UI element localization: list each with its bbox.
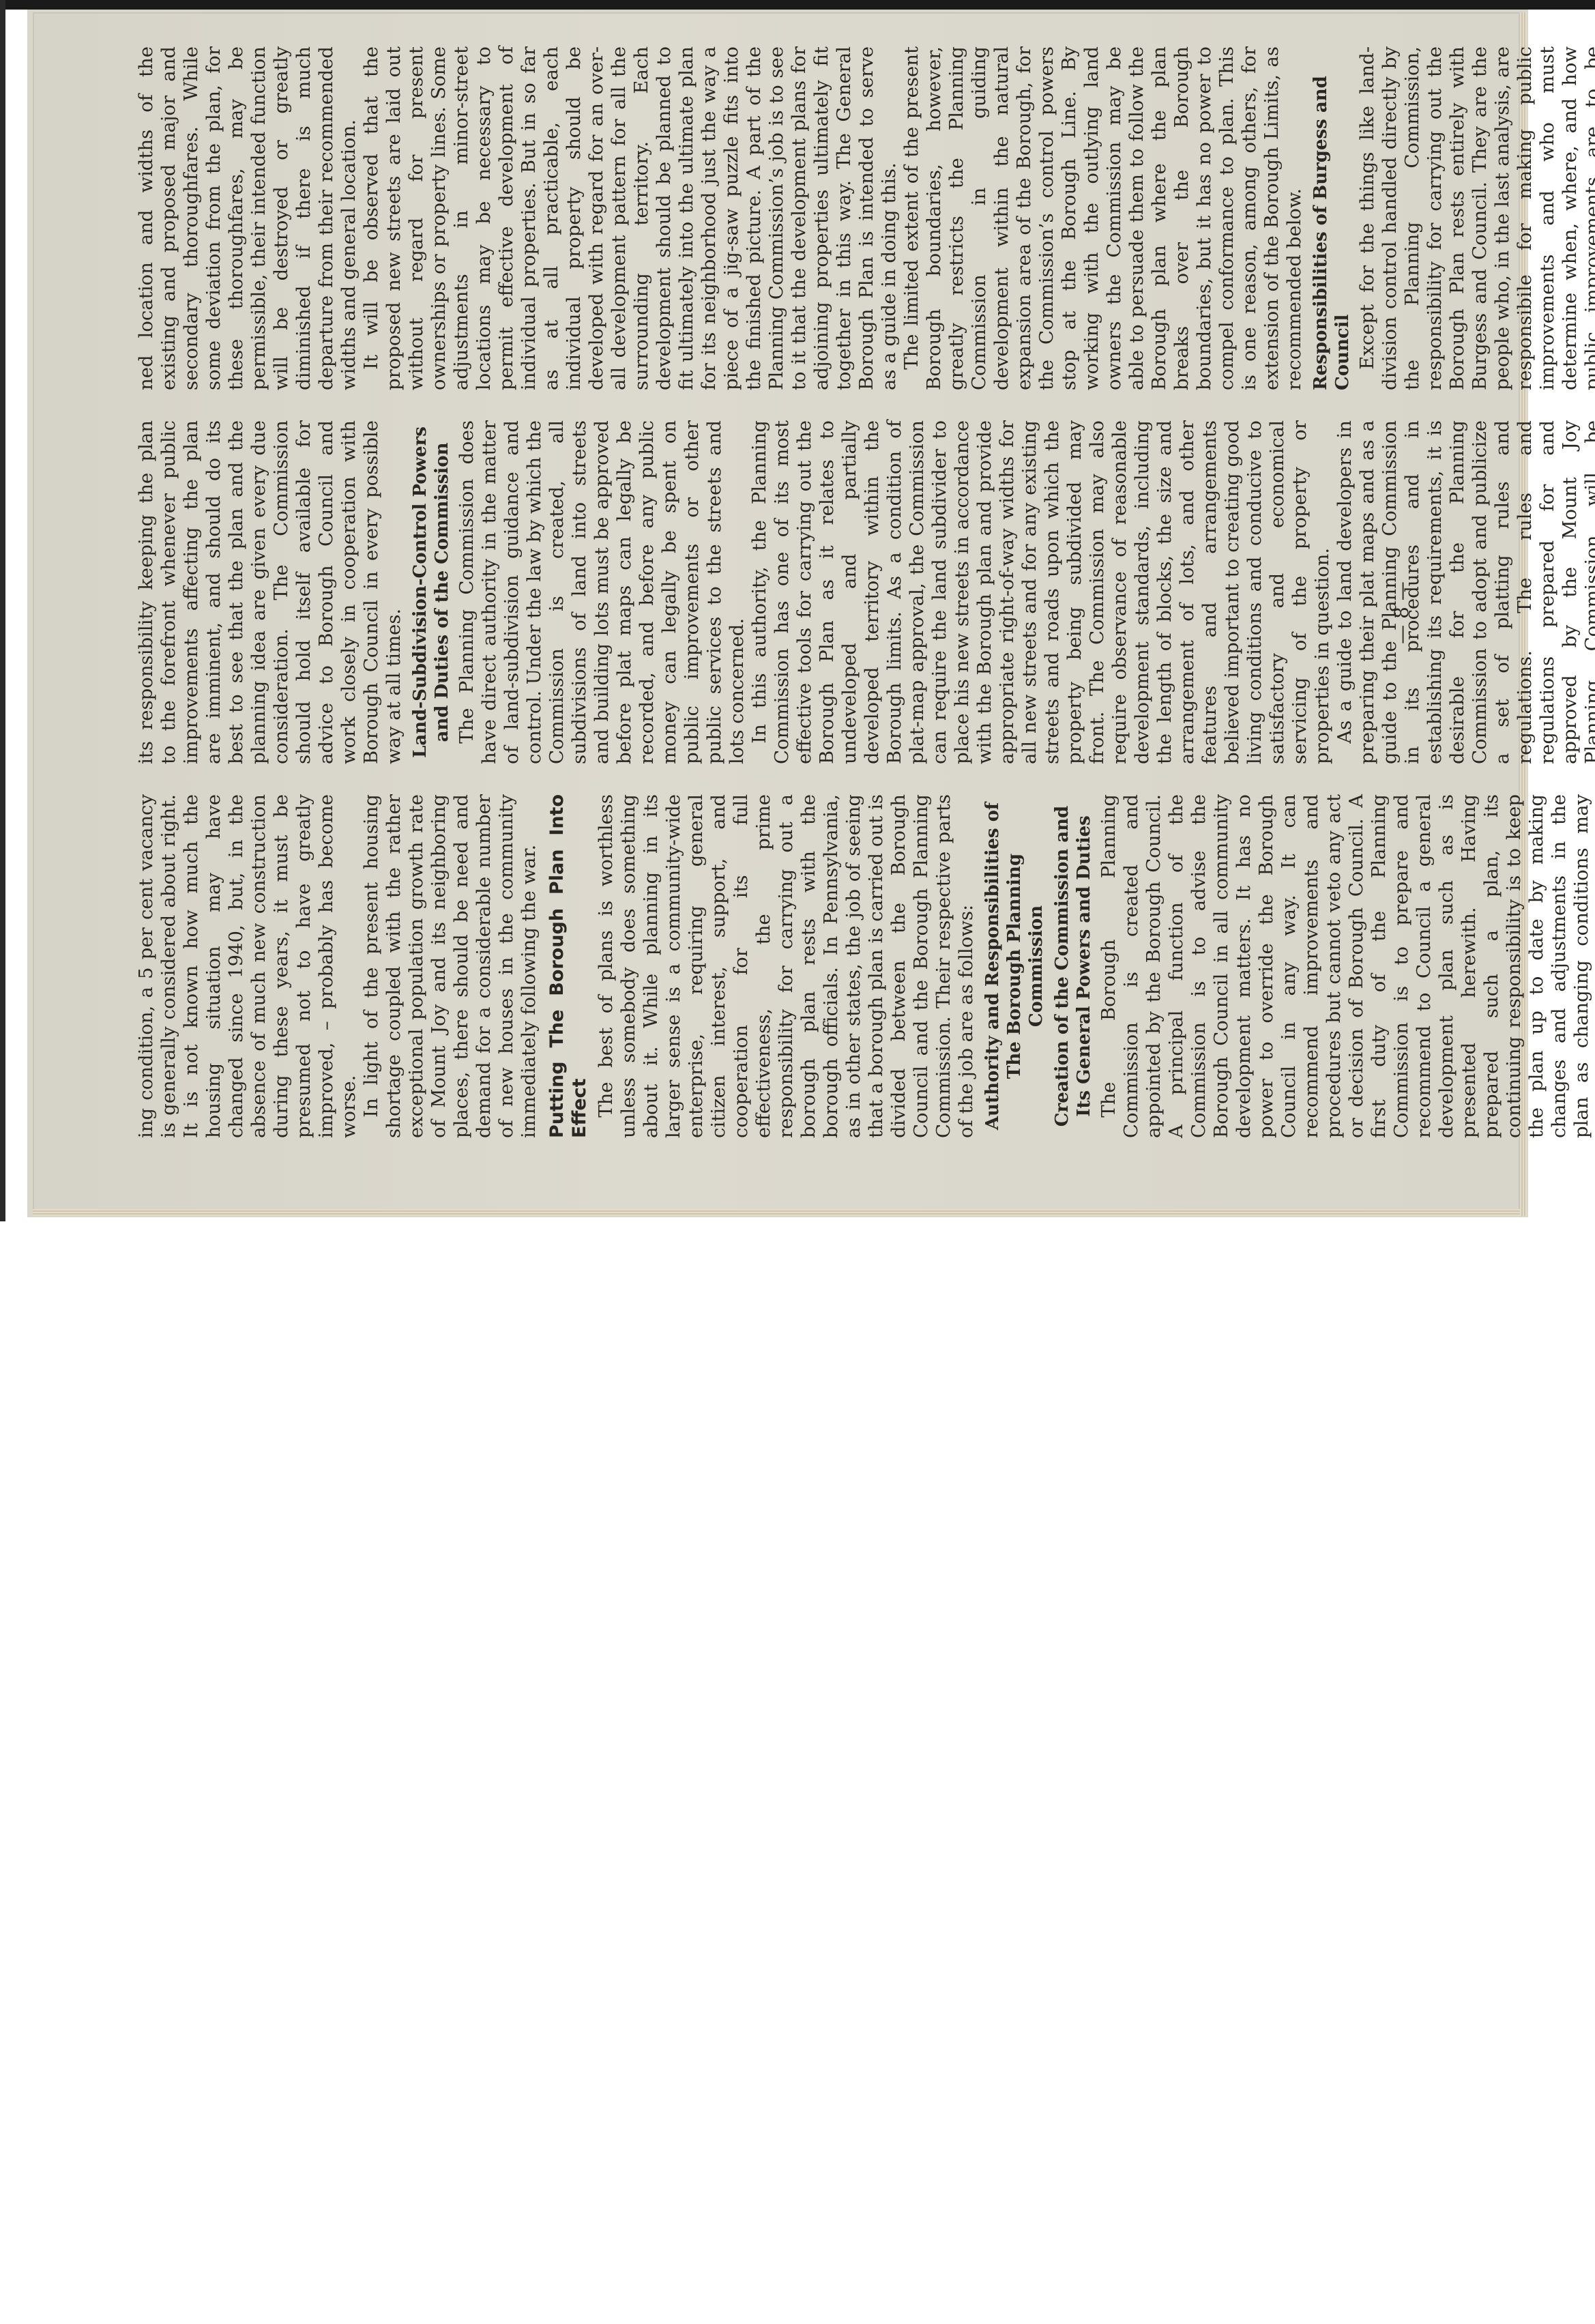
paragraph: The Planning Commission does have direct…	[456, 420, 748, 764]
rotated-page-content: ing condition, a 5 per cent vacancy is g…	[33, 12, 1520, 1213]
scanner-top-edge	[0, 0, 1595, 10]
paragraph: The best of plans is worthless unless so…	[595, 794, 978, 1138]
section-heading: Putting The Borough Plan Into Effect	[546, 794, 591, 1138]
paragraph: In light of the present housing shortage…	[360, 794, 540, 1138]
paragraph: ned location and widths of the existing …	[135, 46, 360, 390]
text-columns: ing condition, a 5 per cent vacancy is g…	[135, 46, 1397, 1138]
paragraph: its responsibility keeping the plan to t…	[135, 420, 405, 764]
paragraph: The limited extent of the present Boroug…	[901, 46, 1306, 390]
paragraph: As a guide to land developers in prepari…	[1334, 420, 1595, 764]
scanner-left-edge	[0, 0, 5, 1221]
paragraph: The Borough Planning Commission is creat…	[1098, 794, 1595, 1138]
column-1: ing condition, a 5 per cent vacancy is g…	[135, 794, 1397, 1138]
paragraph: ing condition, a 5 per cent vacancy is g…	[135, 794, 360, 1138]
subsection-heading: Authority and Responsibilities of The Bo…	[982, 794, 1047, 1138]
subsection-heading: Creation of the Commission and Its Gener…	[1051, 794, 1095, 1138]
subsection-heading: Responsibilities of Burgess and Council	[1310, 46, 1353, 390]
page-number: — 8 —	[1390, 12, 1413, 1213]
paragraph: In this authority, the Planning Commissi…	[748, 420, 1334, 764]
paragraph: It will be observed that the proposed ne…	[360, 46, 901, 390]
column-2: its responsibility keeping the plan to t…	[135, 420, 1397, 764]
subsection-heading: Land-Subdivision-Control Powers and Duti…	[409, 420, 453, 764]
column-3: ned location and widths of the existing …	[135, 46, 1397, 390]
